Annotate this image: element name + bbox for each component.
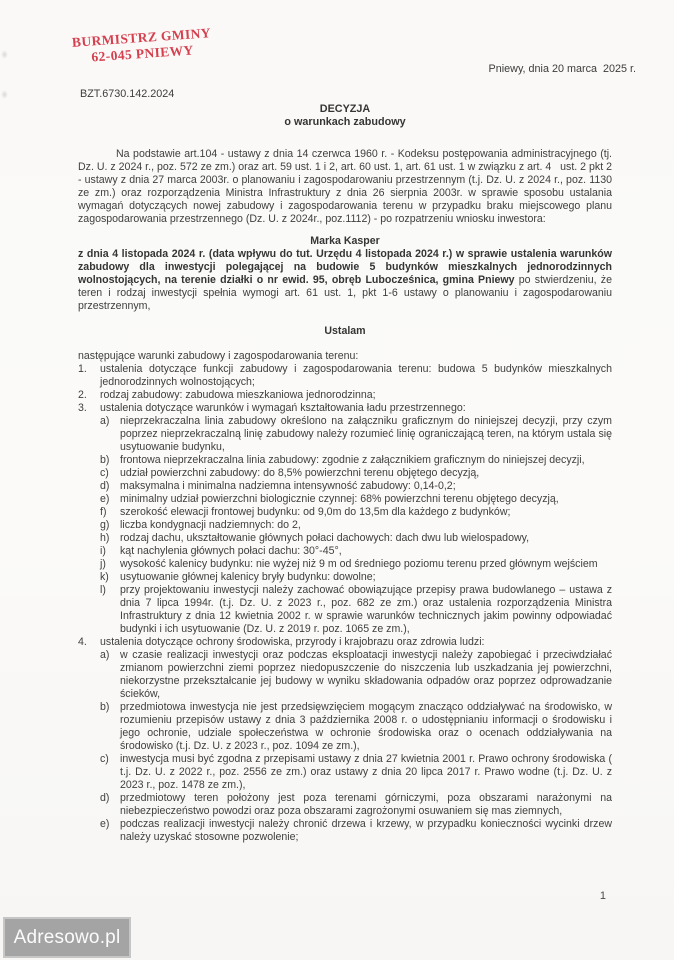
condition-number: 2. [78,389,100,402]
decision-subtitle: o warunkach zabudowy [78,116,612,129]
condition-subitem-4a: a) w czasie realizacji inwestycji oraz p… [100,649,612,701]
reference-number: BZT.6730.142.2024 [80,88,174,100]
subitem-text: rodzaj dachu, ukształtowanie głównych po… [120,532,612,545]
condition-text: ustalenia dotyczące funkcji zabudowy i z… [100,363,612,389]
condition-subitem-3l: l) przy projektowaniu inwestycji należy … [100,584,612,636]
subitem-text: w czasie realizacji inwestycji oraz podc… [120,649,612,701]
subitem-label: b) [100,701,120,753]
subitem-text: przedmiotowa inwestycja nie jest przedsi… [120,701,612,753]
page-number: 1 [600,890,606,902]
decision-word: Ustalam [78,325,612,338]
condition-number: 1. [78,363,100,389]
subitem-label: i) [100,545,120,558]
condition-subitem-3f: f) szerokość elewacji frontowej budynku:… [100,506,612,519]
condition-text: ustalenia dotyczące ochrony środowiska, … [100,636,612,649]
document-page: BURMISTRZ GMINY 62-045 PNIEWY Pniewy, dn… [0,0,674,960]
condition-item-1: 1. ustalenia dotyczące funkcji zabudowy … [78,363,612,389]
condition-subitem-3d: d) maksymalna i minimalna nadziemna inte… [100,480,612,493]
application-paragraph: z dnia 4 listopada 2024 r. (data wpływu … [78,248,612,313]
condition-subitem-3g: g) liczba kondygnacji nadziemnych: do 2, [100,519,612,532]
condition-number: 3. [78,402,100,415]
subitem-label: c) [100,467,120,480]
subitem-text: nieprzekraczalna linia zabudowy określon… [120,415,612,454]
subitem-text: wysokość kalenicy budynku: nie wyżej niż… [120,558,612,571]
office-stamp: BURMISTRZ GMINY 62-045 PNIEWY [65,25,219,68]
subitem-text: udział powierzchni zabudowy: do 8,5% pow… [120,467,612,480]
subitem-text: inwestycja musi być zgodna z przepisami … [120,753,612,792]
subitem-label: a) [100,415,120,454]
subitem-label: e) [100,493,120,506]
investor-name: Marka Kasper [78,235,612,248]
condition-subitem-3k: k) usytuowanie głównej kalenicy bryły bu… [100,571,612,584]
subitem-text: liczba kondygnacji nadziemnych: do 2, [120,519,612,532]
document-body: Na podstawie art.104 - ustawy z dnia 14 … [78,148,612,844]
condition-number: 4. [78,636,100,649]
scan-artifact [1,90,8,99]
scan-artifact [1,50,8,59]
subitem-text: frontowa nieprzekraczalna linia zabudowy… [120,454,612,467]
legal-basis-paragraph: Na podstawie art.104 - ustawy z dnia 14 … [78,148,612,226]
condition-subitem-3j: j) wysokość kalenicy budynku: nie wyżej … [100,558,612,571]
condition-text: ustalenia dotyczące warunków i wymagań k… [100,402,612,415]
condition-subitem-4d: d) przedmiotowy teren położony jest poza… [100,792,612,818]
condition-subitem-3c: c) udział powierzchni zabudowy: do 8,5% … [100,467,612,480]
subitem-text: maksymalna i minimalna nadziemna intensy… [120,480,612,493]
condition-item-2: 2. rodzaj zabudowy: zabudowa mieszkaniow… [78,389,612,402]
condition-text: rodzaj zabudowy: zabudowa mieszkaniowa j… [100,389,612,402]
subitem-label: h) [100,532,120,545]
condition-item-3: 3. ustalenia dotyczące warunków i wymaga… [78,402,612,415]
condition-subitem-4e: e) podczas realizacji inwestycji należy … [100,818,612,844]
subitem-label: e) [100,818,120,844]
conditions-intro: następujące warunki zabudowy i zagospoda… [78,350,612,363]
subitem-label: l) [100,584,120,636]
watermark-badge: Adresowo.pl [3,917,131,958]
subitem-text: przedmiotowy teren położony jest poza te… [120,792,612,818]
subitem-label: j) [100,558,120,571]
condition-subitem-3b: b) frontowa nieprzekraczalna linia zabud… [100,454,612,467]
condition-subitem-4c: c) inwestycja musi być zgodna z przepisa… [100,753,612,792]
subitem-label: g) [100,519,120,532]
subitem-label: d) [100,792,120,818]
condition-item-4: 4. ustalenia dotyczące ochrony środowisk… [78,636,612,649]
subitem-text: przy projektowaniu inwestycji należy zac… [120,584,612,636]
subitem-label: c) [100,753,120,792]
subitem-label: f) [100,506,120,519]
subitem-text: podczas realizacji inwestycji należy chr… [120,818,612,844]
subitem-text: kąt nachylenia głównych połaci dachu: 30… [120,545,612,558]
condition-subitem-3h: h) rodzaj dachu, ukształtowanie głównych… [100,532,612,545]
condition-subitem-3a: a) nieprzekraczalna linia zabudowy okreś… [100,415,612,454]
decision-title: DECYZJA [78,103,612,116]
condition-subitem-3i: i) kąt nachylenia głównych połaci dachu:… [100,545,612,558]
condition-subitem-4b: b) przedmiotowa inwestycja nie jest prze… [100,701,612,753]
subitem-label: k) [100,571,120,584]
decision-title-block: DECYZJA o warunkach zabudowy [78,103,612,129]
condition-subitem-3e: e) minimalny udział powierzchni biologic… [100,493,612,506]
subitem-text: minimalny udział powierzchni biologiczni… [120,493,612,506]
subitem-text: usytuowanie głównej kalenicy bryły budyn… [120,571,612,584]
subitem-label: d) [100,480,120,493]
subitem-text: szerokość elewacji frontowej budynku: od… [120,506,612,519]
watermark-text: Adresowo.pl [14,927,121,949]
subitem-label: a) [100,649,120,701]
subitem-label: b) [100,454,120,467]
date-line: Pniewy, dnia 20 marca 2025 r. [489,63,636,75]
